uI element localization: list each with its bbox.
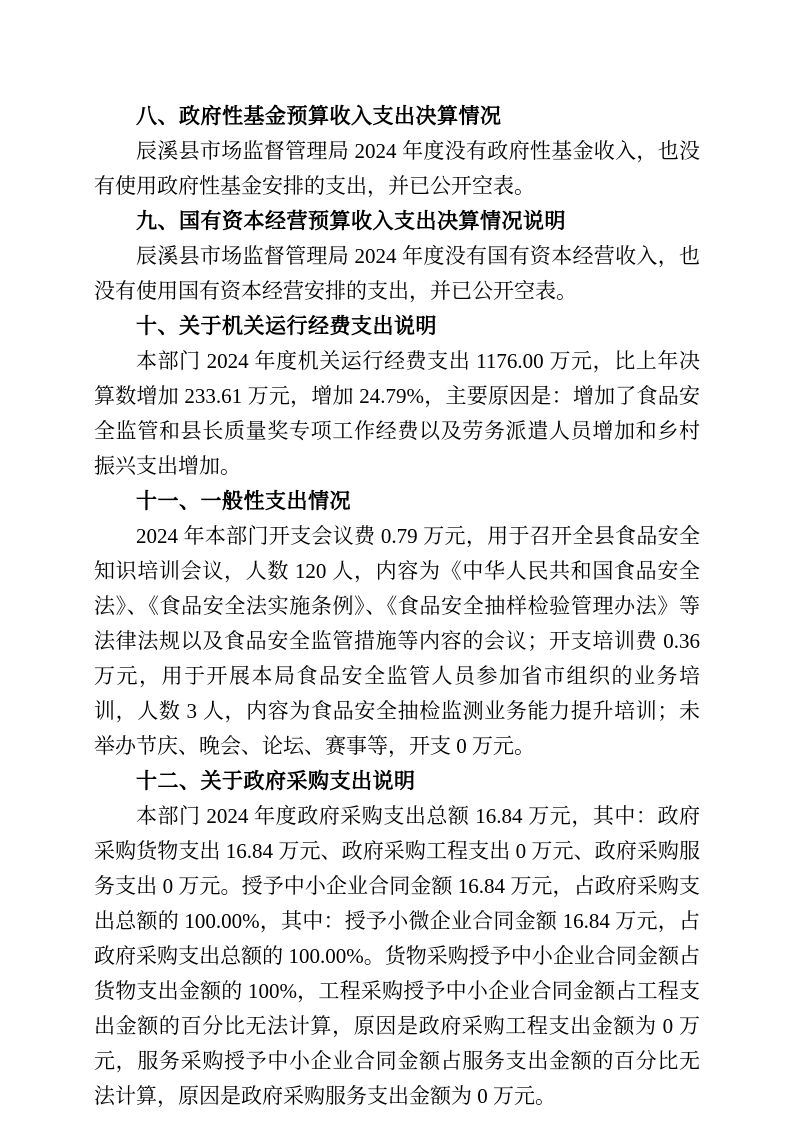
document-page: 八、政府性基金预算收入支出决算情况 辰溪县市场监督管理局 2024 年度没有政府… [0, 0, 793, 1122]
section-11-heading: 十一、一般性支出情况 [94, 484, 700, 519]
section-9-paragraph: 辰溪县市场监督管理局 2024 年度没有国有资本经营收入，也没有使用国有资本经营… [94, 239, 700, 309]
section-11-general-expenditure: 十一、一般性支出情况 2024 年本部门开支会议费 0.79 万元，用于召开全县… [94, 484, 700, 764]
section-8-government-fund-budget: 八、政府性基金预算收入支出决算情况 辰溪县市场监督管理局 2024 年度没有政府… [94, 99, 700, 204]
section-9-state-capital-operating-budget: 九、国有资本经营预算收入支出决算情况说明 辰溪县市场监督管理局 2024 年度没… [94, 204, 700, 309]
section-9-heading: 九、国有资本经营预算收入支出决算情况说明 [94, 204, 700, 239]
section-12-heading: 十二、关于政府采购支出说明 [94, 764, 700, 799]
section-10-paragraph: 本部门 2024 年度机关运行经费支出 1176.00 万元，比上年决算数增加 … [94, 344, 700, 484]
section-8-heading: 八、政府性基金预算收入支出决算情况 [94, 99, 700, 134]
section-12-paragraph: 本部门 2024 年度政府采购支出总额 16.84 万元，其中：政府采购货物支出… [94, 799, 700, 1114]
section-10-agency-operating-expenses: 十、关于机关运行经费支出说明 本部门 2024 年度机关运行经费支出 1176.… [94, 309, 700, 484]
section-11-paragraph: 2024 年本部门开支会议费 0.79 万元，用于召开全县食品安全知识培训会议，… [94, 519, 700, 764]
section-12-government-procurement: 十二、关于政府采购支出说明 本部门 2024 年度政府采购支出总额 16.84 … [94, 764, 700, 1114]
section-10-heading: 十、关于机关运行经费支出说明 [94, 309, 700, 344]
section-8-paragraph: 辰溪县市场监督管理局 2024 年度没有政府性基金收入，也没有使用政府性基金安排… [94, 134, 700, 204]
